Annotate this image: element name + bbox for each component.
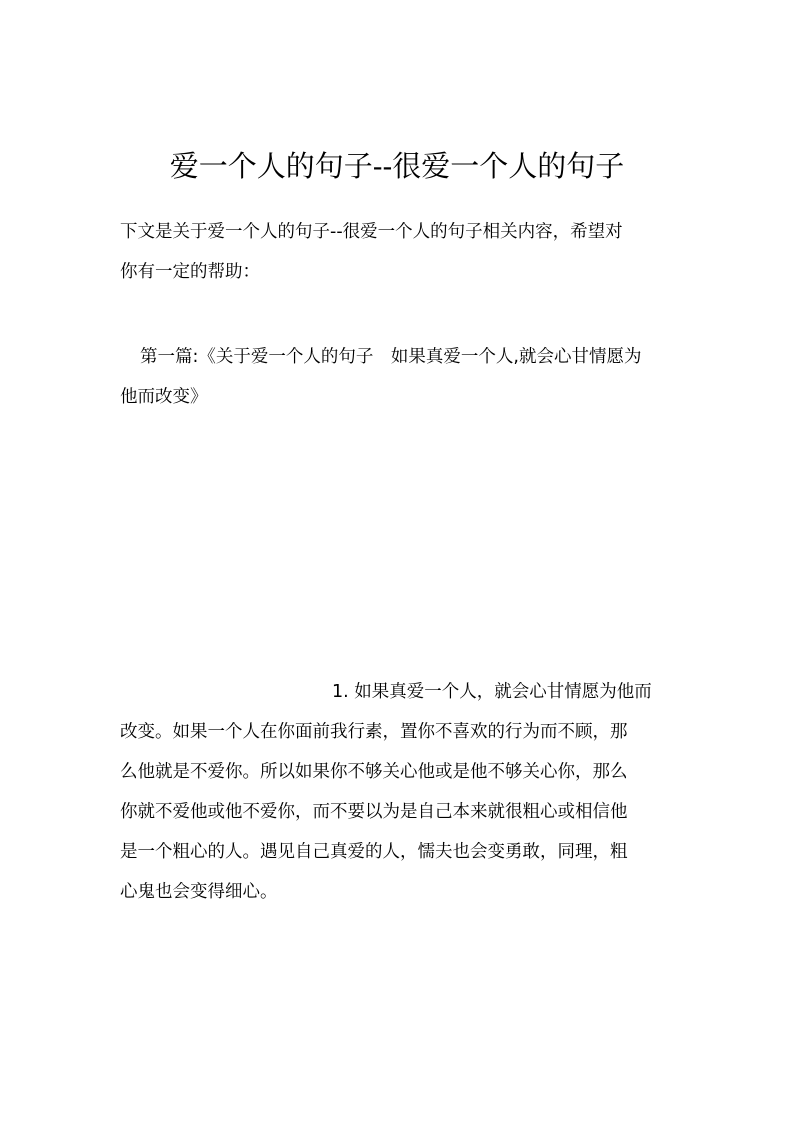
body-line: 么他就是不爱你。所以如果你不够关心他或是他不够关心你，那么 <box>120 752 680 792</box>
document-title: 爱一个人的句子--很爱一个人的句子 <box>0 146 794 186</box>
chapter-heading: 第一篇:《关于爱一个人的句子 如果真爱一个人,就会心甘情愿为 他而改变》 <box>120 337 680 417</box>
body-line: 你就不爱他或他不爱你，而不要以为是自己本来就很粗心或相信他 <box>120 792 680 832</box>
body-line: 1. 如果真爱一个人，就会心甘情愿为他而 <box>120 672 680 712</box>
chapter-heading-text: 第一篇:《关于爱一个人的句子 如果真爱一个人,就会心甘情愿为 <box>140 347 641 367</box>
intro-paragraph: 下文是关于爱一个人的句子--很爱一个人的句子相关内容，希望对 你有一定的帮助： <box>120 212 680 292</box>
intro-line: 下文是关于爱一个人的句子--很爱一个人的句子相关内容，希望对 <box>120 212 680 252</box>
chapter-heading-line: 第一篇:《关于爱一个人的句子 如果真爱一个人,就会心甘情愿为 <box>120 337 680 377</box>
chapter-heading-line: 他而改变》 <box>120 377 680 417</box>
body-line: 是一个粗心的人。遇见自己真爱的人，懦夫也会变勇敢，同理，粗 <box>120 832 680 872</box>
body-line: 心鬼也会变得细心。 <box>120 872 680 912</box>
intro-line: 你有一定的帮助： <box>120 252 680 292</box>
body-line: 改变。如果一个人在你面前我行素，置你不喜欢的行为而不顾，那 <box>120 712 680 752</box>
body-paragraph-1: 1. 如果真爱一个人，就会心甘情愿为他而 改变。如果一个人在你面前我行素，置你不… <box>120 672 680 912</box>
